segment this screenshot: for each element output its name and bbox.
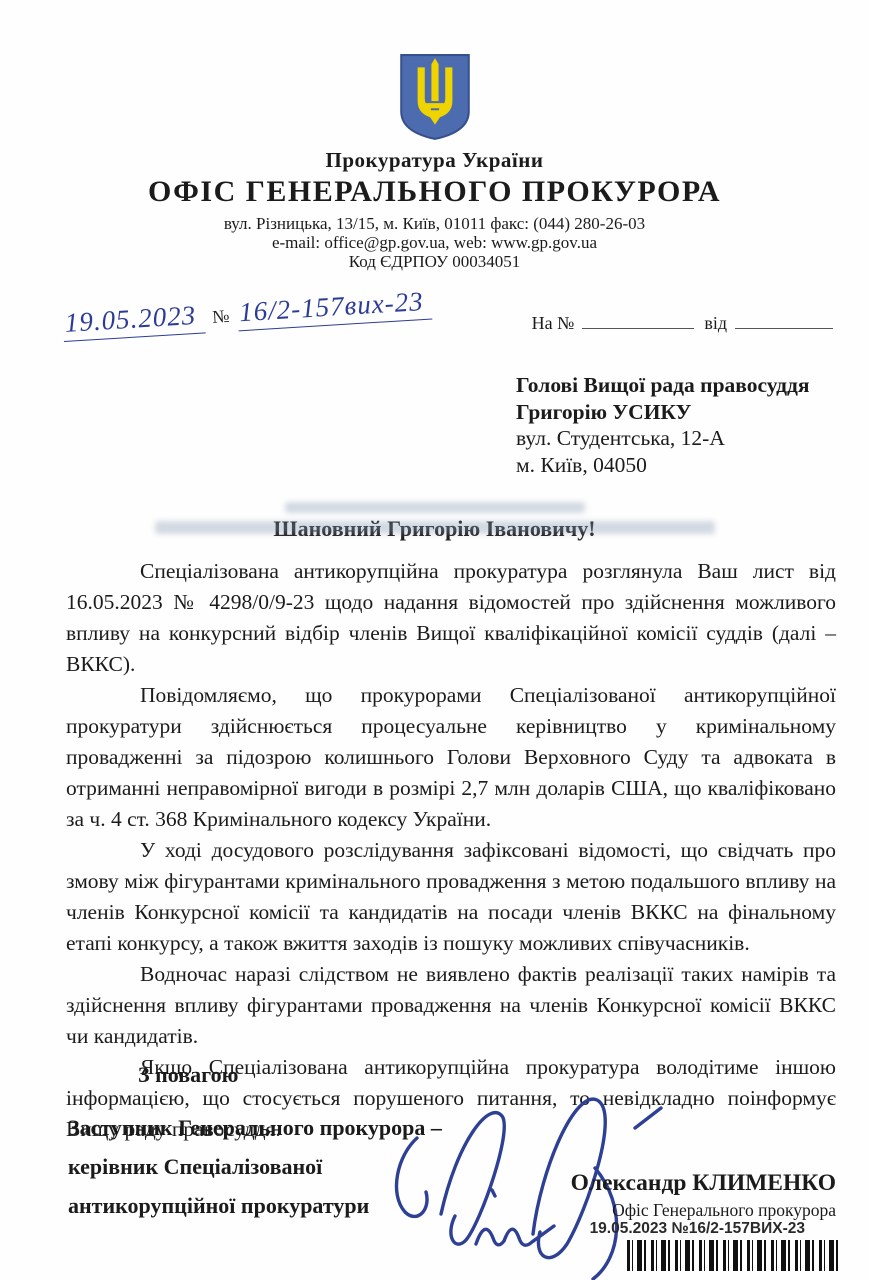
- reply-reference-fields: На №від: [532, 313, 833, 342]
- org-edrpou: Код ЄДРПОУ 00034051: [0, 253, 869, 270]
- paragraph-3: У ході досудового розслідування зафіксов…: [66, 835, 836, 959]
- reply-date-blank: [735, 314, 833, 329]
- closing-regards: З повагою: [138, 1062, 238, 1088]
- reply-na-label: На №: [532, 313, 575, 333]
- org-contacts: e-mail: office@gp.gov.ua, web: www.gp.go…: [0, 234, 869, 251]
- ukraine-trident-emblem-icon: [396, 52, 474, 142]
- paragraph-2: Повідомляємо, що прокурорами Спеціалізов…: [66, 680, 836, 835]
- org-name-title: ОФІС ГЕНЕРАЛЬНОГО ПРОКУРОРА: [0, 175, 869, 209]
- recipient-name: Григорію УСИКУ: [516, 399, 869, 426]
- letter-body: Спеціалізована антикорупційна прокуратур…: [0, 542, 869, 1145]
- recipient-city: м. Київ, 04050: [516, 452, 869, 479]
- handwritten-date: 19.05.2023: [62, 299, 205, 342]
- reference-row: 19.05.2023 № 16/2-157вих-23 На №від: [64, 296, 833, 342]
- recipient-street: вул. Студентська, 12-А: [516, 425, 869, 452]
- stamp-office-line: Офіс Генерального прокурора: [612, 1200, 836, 1221]
- recipient-position: Голові Вищої рада правосуддя: [516, 372, 869, 399]
- number-sign: №: [212, 306, 230, 327]
- handwritten-number: 16/2-157вих-23: [236, 286, 432, 332]
- recipient-block: Голові Вищої рада правосуддя Григорію УС…: [516, 372, 869, 478]
- letter-page: Прокуратура України ОФІС ГЕНЕРАЛЬНОГО ПР…: [0, 0, 869, 1280]
- reply-vid-label: від: [704, 313, 727, 333]
- letterhead: Прокуратура України ОФІС ГЕНЕРАЛЬНОГО ПР…: [0, 0, 869, 270]
- stamp-number-line: 19.05.2023 №16/2-157ВИХ-23: [590, 1220, 805, 1238]
- print-through-smudge: [285, 502, 585, 513]
- org-address: вул. Різницька, 13/15, м. Київ, 01011 фа…: [0, 215, 869, 232]
- org-name-small: Прокуратура України: [0, 148, 869, 173]
- handwritten-reference: 19.05.2023 № 16/2-157вих-23: [62, 286, 433, 342]
- paragraph-4: Водночас наразі слідством не виявлено фа…: [66, 959, 836, 1052]
- print-through-smudge: [155, 521, 715, 534]
- registration-barcode-icon: [627, 1240, 838, 1271]
- signer-name: Олександр КЛИМЕНКО: [571, 1170, 836, 1197]
- paragraph-1: Спеціалізована антикорупційна прокуратур…: [66, 556, 836, 680]
- reply-number-blank: [582, 314, 694, 329]
